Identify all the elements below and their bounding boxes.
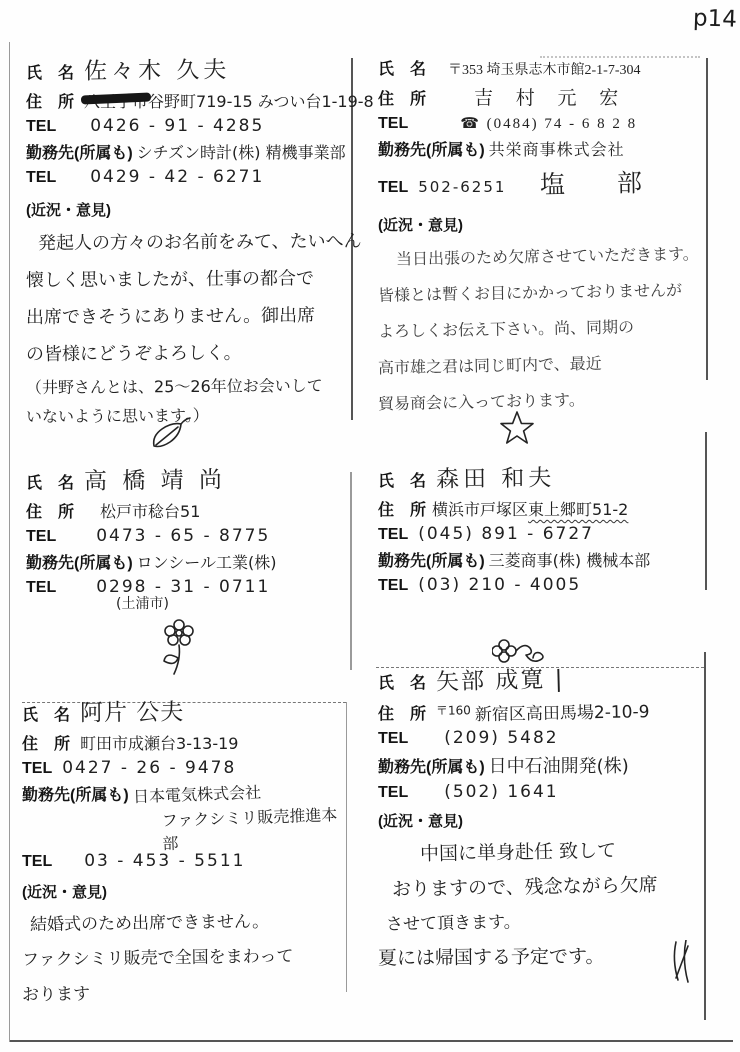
- name-row: 氏 名 森田 和夫: [378, 460, 708, 493]
- department-value: 塩 部: [540, 163, 665, 201]
- stamped-name: 吉 村 元 宏: [474, 83, 627, 110]
- address-row: 住 所 町田市成瀬台3-13-19: [22, 731, 348, 754]
- address-row: 住 所 〒160新宿区高田馬場2-10-9: [378, 699, 708, 724]
- address-value: 八王子市谷野町719-15 みつい台1-19-8: [84, 89, 374, 112]
- comment-header-row: (近況・意見): [26, 199, 352, 220]
- tel-row: TEL 0427 - 26 - 9478: [22, 758, 348, 778]
- work-label: 勤務先(所属も): [26, 550, 133, 573]
- work-value: ロンシール工業(株): [137, 550, 277, 573]
- name-row: 氏 名 高 橋 靖 尚: [26, 462, 352, 495]
- name-label: 氏 名: [378, 468, 426, 491]
- comment-line: おります: [22, 974, 348, 1014]
- address-row: 住 所 吉 村 元 宏: [378, 83, 704, 110]
- address-label: 住 所: [26, 89, 74, 112]
- comment-line: 夏には帰国する予定です。: [378, 939, 708, 977]
- address-value: 松戸市稔台51: [100, 499, 200, 522]
- tel-label: TEL: [378, 784, 408, 802]
- work-value-line1: 日本電気株式会社: [132, 780, 261, 807]
- comment-line: 皆様とは暫くお目にかかっておりませんが: [378, 272, 705, 314]
- comment-header-row: (近況・意見): [22, 881, 348, 902]
- address-prefix: 横浜市戸塚区: [432, 500, 528, 519]
- comment-line: おりますので、残念ながら欠席: [378, 867, 709, 908]
- comment-line: させて頂きます。: [378, 902, 709, 943]
- tel-row: TEL (045) 891 - 6727: [378, 524, 708, 544]
- name-row: 氏 名 阿片 公夫: [22, 694, 348, 727]
- name-value: 佐々木 久夫: [84, 51, 231, 86]
- comment-label: (近況・意見): [378, 810, 463, 831]
- response-card-morita: 氏 名 森田 和夫 住 所 横浜市戸塚区東上郷町51-2 TEL (045) 8…: [378, 460, 708, 599]
- tel-label: TEL: [26, 579, 56, 597]
- tel-row: TEL (209) 5482: [378, 728, 708, 748]
- work-value: 三菱商事(株) 機械本部: [489, 548, 651, 571]
- response-card-akata: 氏 名 阿片 公夫 住 所 町田市成瀬台3-13-19 TEL 0427 - 2…: [22, 694, 348, 1011]
- tel-label: TEL: [378, 115, 408, 133]
- comment-line: 当日出張のため欠席させていただきます。: [378, 236, 705, 278]
- work-value: 共栄商事株式会社: [489, 137, 625, 160]
- work-value-line2: ファクシミリ販売推進本部: [161, 802, 348, 854]
- tel-label: TEL: [378, 577, 408, 595]
- name-label: 氏 名: [26, 60, 74, 83]
- tel-value: (209) 5482: [444, 728, 558, 748]
- address-row: 住 所 八王子市谷野町719-15 みつい台1-19-8: [26, 89, 352, 112]
- tel2-row: TEL (03) 210 - 4005: [378, 575, 708, 595]
- tel-label: TEL: [26, 528, 56, 546]
- work-label: 勤務先(所属も): [26, 140, 133, 163]
- work-row: 勤務先(所属も) 共栄商事株式会社: [378, 137, 704, 160]
- tel-label: TEL: [26, 169, 56, 187]
- name-label: 氏 名: [378, 670, 426, 693]
- stamped-address: 〒353 埼玉県志木市館2-1-7-304: [448, 59, 641, 79]
- tel2-row: TEL 0429 - 42 - 6271: [26, 167, 352, 187]
- address-label: 住 所: [378, 701, 426, 724]
- cell-divider-line: [706, 58, 708, 380]
- comment-header-row: (近況・意見): [378, 214, 704, 235]
- address-label: 住 所: [378, 86, 426, 109]
- comment-line: 懐しく思いましたが、仕事の都合で: [26, 260, 352, 299]
- tel-row: TEL 0426 - 91 - 4285: [26, 116, 352, 136]
- tel-label: TEL: [22, 760, 52, 778]
- comment-label: (近況・意見): [22, 881, 107, 902]
- stamped-tel: ☎ (0484) 74 - 6 8 2 8: [460, 114, 637, 133]
- work-label: 勤務先(所属も): [378, 137, 485, 160]
- leaf-doodle: [150, 416, 192, 457]
- page-border-left-line: [9, 42, 10, 1042]
- address-value: 町田市成瀬台3-13-19: [80, 731, 238, 754]
- tel-value: 0427 - 26 - 9478: [62, 758, 236, 778]
- tel-label: TEL: [26, 118, 56, 136]
- address-label: 住 所: [378, 497, 426, 520]
- address-underlined: 東上郷町51-2: [528, 500, 628, 519]
- address-value: 横浜市戸塚区東上郷町51-2: [432, 497, 628, 520]
- flower-doodle: [158, 618, 204, 681]
- name-value: 高 橋 靖 尚: [84, 461, 226, 495]
- response-card-yoshimura: 氏 名 〒353 埼玉県志木市館2-1-7-304 住 所 吉 村 元 宏 TE…: [378, 56, 704, 419]
- work-row: 勤務先(所属も) シチズン時計(株) 精機事業部: [26, 140, 352, 163]
- comment-line: の皆様にどうぞよろしく。: [26, 334, 352, 373]
- response-card-sasaki: 氏 名 佐々木 久夫 住 所 八王子市谷野町719-15 みつい台1-19-8 …: [26, 52, 352, 430]
- address-rest: 新宿区高田馬場2-10-9: [475, 702, 650, 725]
- response-card-takahashi: 氏 名 高 橋 靖 尚 住 所 松戸市稔台51 TEL 0473 - 65 - …: [26, 462, 352, 613]
- name-label: 氏 名: [22, 702, 70, 725]
- tel-row: TEL ☎ (0484) 74 - 6 8 2 8: [378, 114, 704, 133]
- comment-line: 発起人の方々のお名前をみて、たいへん: [26, 223, 352, 262]
- tel-value: 0473 - 65 - 8775: [96, 526, 270, 546]
- work-row: 勤務先(所属も) 日本電気株式会社: [22, 782, 348, 805]
- tel2-row: TEL 502-6251 塩 部: [378, 164, 704, 200]
- tel2-row: TEL 03 - 453 - 5511: [22, 851, 348, 871]
- page-border-bottom-line: [10, 1040, 733, 1042]
- name-value: 森田 和夫: [436, 459, 556, 493]
- address-value: 〒160新宿区高田馬場2-10-9: [436, 697, 650, 726]
- scanned-questionnaire-page: p14 氏 名 佐々木 久夫 住 所 八王子市谷野町719-15 みつい台1-1…: [0, 0, 740, 1052]
- tel2-value: (03) 210 - 4005: [418, 575, 581, 595]
- name-value: 阿片 公夫: [80, 693, 185, 727]
- work-value: 日中石油開発(株): [489, 752, 629, 778]
- address-label: 住 所: [22, 731, 70, 754]
- work-row: 勤務先(所属も) ロンシール工業(株): [26, 550, 352, 573]
- tel-label: TEL: [378, 526, 408, 544]
- tel-value: 0426 - 91 - 4285: [90, 116, 264, 136]
- work-label: 勤務先(所属も): [22, 782, 129, 805]
- response-card-yabe: 氏 名 矢部 成寛 | 住 所 〒160新宿区高田馬場2-10-9 TEL (2…: [378, 662, 708, 975]
- pen-flourish-doodle: [668, 940, 694, 989]
- comment-line: ファクシミリ販売で全国をまわって: [22, 939, 348, 979]
- work-label: 勤務先(所属も): [378, 754, 485, 777]
- tel2-value: (502) 1641: [444, 782, 558, 802]
- tel-label: TEL: [22, 853, 52, 871]
- tel2-value: 502-6251: [418, 178, 506, 196]
- comment-line: 結婚式のため出席できません。: [22, 904, 348, 944]
- tel-row: TEL 0473 - 65 - 8775: [26, 526, 352, 546]
- work-row: 勤務先(所属も) 日中石油開発(株): [378, 752, 708, 778]
- redacted-text: 八王子市: [84, 92, 148, 111]
- work-row: 勤務先(所属も) 三菱商事(株) 機械本部: [378, 548, 708, 571]
- tel2-row: TEL (502) 1641: [378, 782, 708, 802]
- name-label: 氏 名: [26, 470, 74, 493]
- work-value: シチズン時計(株) 精機事業部: [137, 140, 346, 163]
- tel-label: TEL: [378, 179, 408, 197]
- address-row: 住 所 横浜市戸塚区東上郷町51-2: [378, 497, 708, 520]
- comment-line: 貿易商会に入っております。: [378, 380, 705, 423]
- name-row: 氏 名 佐々木 久夫: [26, 52, 352, 85]
- tel-label: TEL: [378, 730, 408, 748]
- tel-value: (045) 891 - 6727: [418, 524, 594, 544]
- work-label: 勤務先(所属も): [378, 548, 485, 571]
- comment-line: （井野さんとは、25〜26年位お会いして: [26, 371, 352, 403]
- address-rest: 谷野町719-15 みつい台1-19-8: [148, 92, 374, 111]
- tel2-value: 0429 - 42 - 6271: [90, 167, 264, 187]
- name-label: 氏 名: [378, 56, 426, 79]
- clover-doodle: [492, 638, 548, 675]
- page-number: p14: [693, 5, 738, 33]
- postal-code: 〒160: [436, 703, 471, 718]
- comment-header-row: (近況・意見): [378, 810, 708, 831]
- address-row: 住 所 松戸市稔台51: [26, 499, 352, 522]
- name-row: 氏 名 〒353 埼玉県志木市館2-1-7-304: [378, 56, 704, 79]
- comment-line: 中国に単身赴任 致して: [378, 832, 709, 873]
- comment-line: 出席できそうにありません。御出席: [26, 297, 352, 336]
- comment-line: よろしくお伝え下さい。尚、同期の: [378, 308, 705, 350]
- address-label: 住 所: [26, 499, 74, 522]
- comment-label: (近況・意見): [378, 214, 463, 235]
- star-doodle: [498, 410, 536, 453]
- comment-label: (近況・意見): [26, 199, 111, 220]
